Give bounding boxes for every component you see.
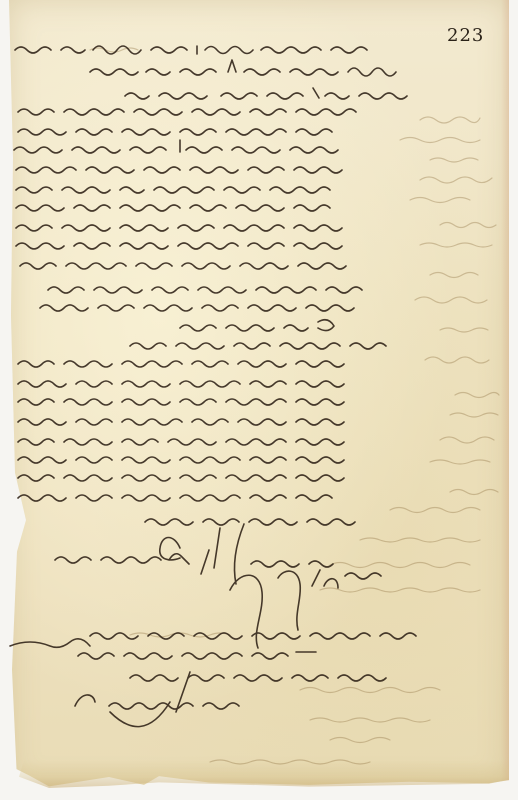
manuscript-viewer: 223 xyxy=(0,0,518,800)
handwritten-body-text xyxy=(0,0,518,800)
page-number: 223 xyxy=(447,25,484,46)
